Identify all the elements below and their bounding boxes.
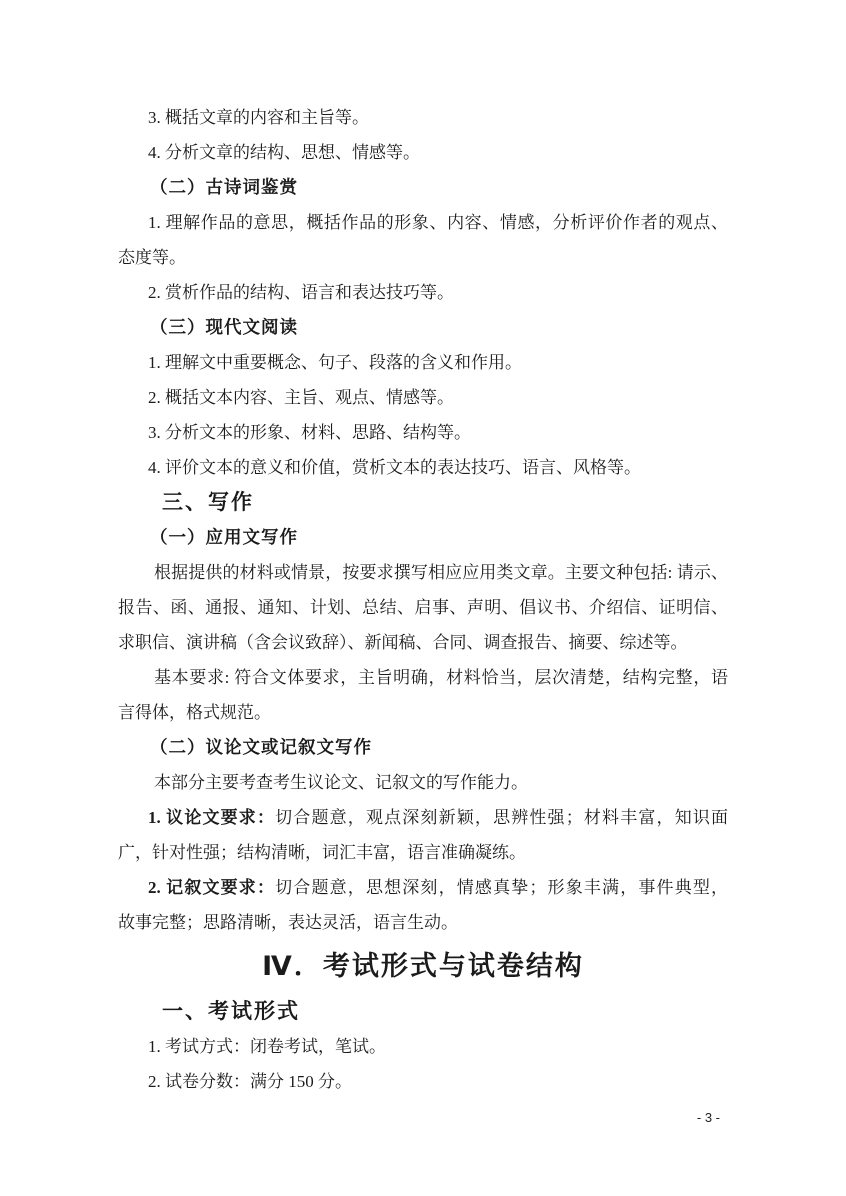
- main-heading: Ⅳ．考试形式与试卷结构: [118, 944, 728, 988]
- text-line: 2. 赏析作品的结构、语言和表达技巧等。: [118, 275, 728, 310]
- paragraph: 基本要求: 符合文体要求，主旨明确，材料恰当，层次清楚，结构完整，语言得体，格式…: [118, 660, 728, 730]
- text-run: 言得体，格式规范。: [118, 703, 271, 722]
- section-heading: 三、写作: [118, 485, 728, 520]
- list-item: 1. 理解文中重要概念、句子、段落的含义和作用。: [118, 345, 728, 380]
- text-run: （三）现代文阅读: [150, 317, 298, 337]
- text-line: 2. 记叙文要求：切合题意，思想深刻，情感真挚；形象丰满，事件典型，: [118, 870, 728, 905]
- text-run: 本部分主要考查考生议论文、记叙文的写作能力。: [154, 773, 528, 792]
- list-item: 2. 赏析作品的结构、语言和表达技巧等。: [118, 275, 728, 310]
- text-line: 1. 议论文要求：切合题意，观点深刻新颖，思辨性强；材料丰富，知识面: [118, 800, 728, 835]
- text-line: （三）现代文阅读: [118, 310, 728, 345]
- page-number: - 3 -: [697, 1110, 720, 1125]
- subsection-heading: （二）议论文或记叙文写作: [118, 730, 728, 765]
- text-line: 1. 理解文中重要概念、句子、段落的含义和作用。: [118, 345, 728, 380]
- list-item: 2. 概括文本内容、主旨、观点、情感等。: [118, 380, 728, 415]
- text-line: 态度等。: [118, 240, 728, 275]
- text-line: 报告、函、通报、通知、计划、总结、启事、声明、倡议书、介绍信、证明信、: [118, 590, 728, 625]
- text-line: 本部分主要考查考生议论文、记叙文的写作能力。: [118, 765, 728, 800]
- text-run: 3. 概括文章的内容和主旨等。: [148, 108, 369, 127]
- subsection-heading: （一）应用文写作: [118, 520, 728, 555]
- text-line: 3. 概括文章的内容和主旨等。: [118, 100, 728, 135]
- text-line: 广，针对性强；结构清晰，词汇丰富，语言准确凝练。: [118, 835, 728, 870]
- text-run: 报告、函、通报、通知、计划、总结、启事、声明、倡议书、介绍信、证明信、: [118, 598, 728, 617]
- list-item: 4. 分析文章的结构、思想、情感等。: [118, 135, 728, 170]
- bold-text-run: 2. 记叙文要求：: [148, 878, 275, 897]
- text-line: （二）古诗词鉴赏: [118, 170, 728, 205]
- paragraph: 根据提供的材料或情景，按要求撰写相应应用类文章。主要文种包括: 请示、报告、函、…: [118, 555, 728, 660]
- text-run: 切合题意，观点深刻新颖，思辨性强；材料丰富，知识面: [275, 808, 728, 827]
- list-item: 2. 试卷分数：满分 150 分。: [118, 1064, 728, 1099]
- text-run: 根据提供的材料或情景，按要求撰写相应应用类文章。主要文种包括: 请示、: [154, 563, 728, 582]
- subsection-heading: （三）现代文阅读: [118, 310, 728, 345]
- text-run: 1. 考试方式：闭卷考试，笔试。: [148, 1037, 386, 1056]
- section-heading: 一、考试形式: [118, 994, 728, 1029]
- subsection-heading: （二）古诗词鉴赏: [118, 170, 728, 205]
- text-line: 4. 分析文章的结构、思想、情感等。: [118, 135, 728, 170]
- list-item: 1. 考试方式：闭卷考试，笔试。: [118, 1029, 728, 1064]
- text-run: （一）应用文写作: [150, 527, 298, 547]
- list-item: 1. 理解作品的意思，概括作品的形象、内容、情感，分析评价作者的观点、态度等。: [118, 205, 728, 275]
- text-run: 求职信、演讲稿（含会议致辞）、新闻稿、合同、调查报告、摘要、综述等。: [118, 633, 688, 652]
- document-body: 3. 概括文章的内容和主旨等。4. 分析文章的结构、思想、情感等。（二）古诗词鉴…: [118, 100, 728, 1099]
- text-run: Ⅳ．考试形式与试卷结构: [262, 951, 584, 981]
- text-line: （一）应用文写作: [118, 520, 728, 555]
- text-line: 三、写作: [118, 485, 728, 520]
- text-run: （二）议论文或记叙文写作: [150, 737, 372, 757]
- text-line: 2. 试卷分数：满分 150 分。: [118, 1064, 728, 1099]
- text-line: 基本要求: 符合文体要求，主旨明确，材料恰当，层次清楚，结构完整，语: [118, 660, 728, 695]
- list-item: 4. 评价文本的意义和价值，赏析文本的表达技巧、语言、风格等。: [118, 450, 728, 485]
- text-line: 1. 考试方式：闭卷考试，笔试。: [118, 1029, 728, 1064]
- text-run: 一、考试形式: [162, 1000, 300, 1023]
- text-run: 三、写作: [162, 491, 254, 514]
- text-line: 求职信、演讲稿（含会议致辞）、新闻稿、合同、调查报告、摘要、综述等。: [118, 625, 728, 660]
- text-run: 2. 赏析作品的结构、语言和表达技巧等。: [148, 283, 454, 302]
- bold-text-run: 1. 议论文要求：: [148, 808, 275, 827]
- text-run: 4. 评价文本的意义和价值，赏析文本的表达技巧、语言、风格等。: [148, 458, 641, 477]
- text-line: 言得体，格式规范。: [118, 695, 728, 730]
- text-run: 1. 理解文中重要概念、句子、段落的含义和作用。: [148, 353, 522, 372]
- text-run: 2. 试卷分数：满分 150 分。: [148, 1072, 352, 1091]
- text-run: （二）古诗词鉴赏: [150, 177, 298, 197]
- text-line: （二）议论文或记叙文写作: [118, 730, 728, 765]
- list-item: 1. 议论文要求：切合题意，观点深刻新颖，思辨性强；材料丰富，知识面广，针对性强…: [118, 800, 728, 870]
- text-line: Ⅳ．考试形式与试卷结构: [118, 944, 728, 988]
- text-run: 切合题意，思想深刻，情感真挚；形象丰满，事件典型，: [275, 878, 728, 897]
- text-run: 广，针对性强；结构清晰，词汇丰富，语言准确凝练。: [118, 843, 526, 862]
- paragraph: 本部分主要考查考生议论文、记叙文的写作能力。: [118, 765, 728, 800]
- list-item: 3. 概括文章的内容和主旨等。: [118, 100, 728, 135]
- text-line: 2. 概括文本内容、主旨、观点、情感等。: [118, 380, 728, 415]
- text-line: 3. 分析文本的形象、材料、思路、结构等。: [118, 415, 728, 450]
- text-run: 故事完整；思路清晰，表达灵活，语言生动。: [118, 913, 458, 932]
- text-run: 1. 理解作品的意思，概括作品的形象、内容、情感，分析评价作者的观点、: [148, 213, 728, 232]
- text-line: 4. 评价文本的意义和价值，赏析文本的表达技巧、语言、风格等。: [118, 450, 728, 485]
- document-page: 3. 概括文章的内容和主旨等。4. 分析文章的结构、思想、情感等。（二）古诗词鉴…: [0, 0, 846, 1196]
- text-run: 基本要求: 符合文体要求，主旨明确，材料恰当，层次清楚，结构完整，语: [154, 668, 728, 687]
- text-run: 2. 概括文本内容、主旨、观点、情感等。: [148, 388, 454, 407]
- text-line: 故事完整；思路清晰，表达灵活，语言生动。: [118, 905, 728, 940]
- text-run: 4. 分析文章的结构、思想、情感等。: [148, 143, 420, 162]
- list-item: 2. 记叙文要求：切合题意，思想深刻，情感真挚；形象丰满，事件典型，故事完整；思…: [118, 870, 728, 940]
- text-line: 1. 理解作品的意思，概括作品的形象、内容、情感，分析评价作者的观点、: [118, 205, 728, 240]
- list-item: 3. 分析文本的形象、材料、思路、结构等。: [118, 415, 728, 450]
- text-line: 一、考试形式: [118, 994, 728, 1029]
- text-run: 态度等。: [118, 248, 186, 267]
- text-run: 3. 分析文本的形象、材料、思路、结构等。: [148, 423, 471, 442]
- text-line: 根据提供的材料或情景，按要求撰写相应应用类文章。主要文种包括: 请示、: [118, 555, 728, 590]
